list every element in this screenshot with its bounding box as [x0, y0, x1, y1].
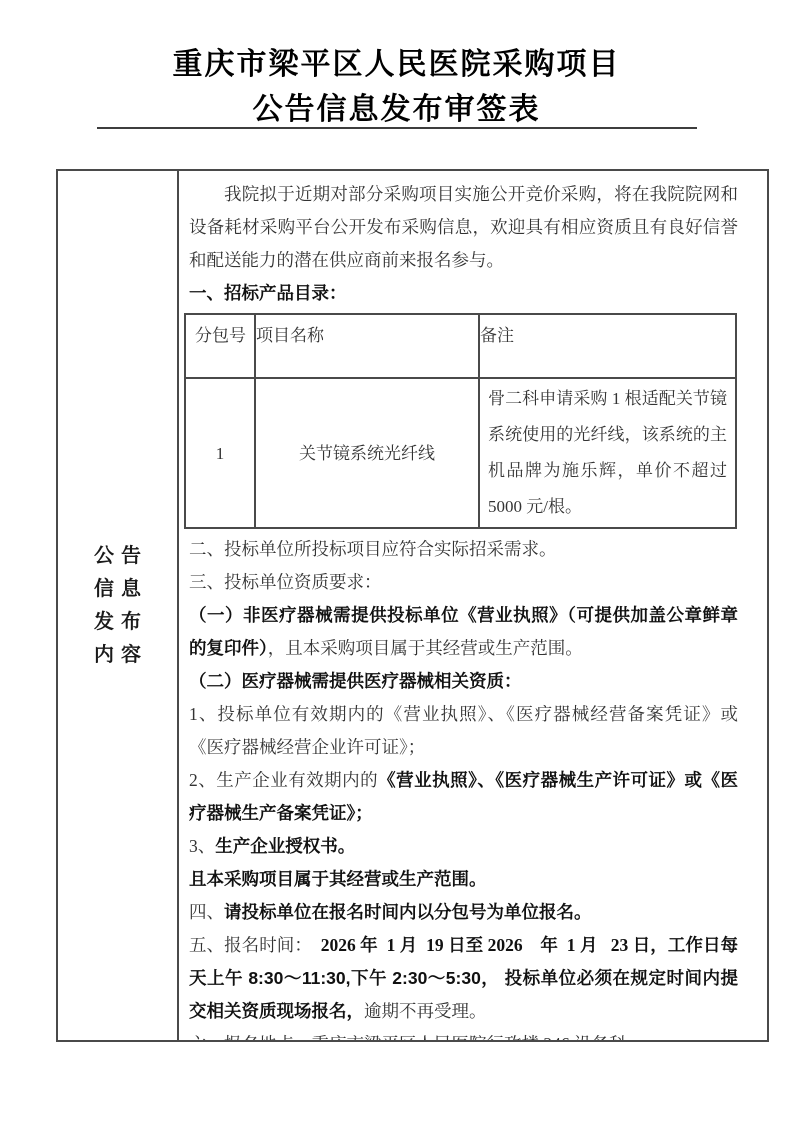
sec5-rest: 逾期不再受理。	[364, 1001, 487, 1021]
row-header-label: 公告 信息 发布 内容	[94, 540, 141, 672]
catalog-header-package-no: 分包号	[185, 314, 255, 378]
document-title: 重庆市梁平区人民医院采购项目 公告信息发布审签表	[0, 42, 793, 132]
section-4: 四、请投标单位在报名时间内以分包号为单位报名。	[189, 896, 738, 929]
catalog-cell-item-name: 关节镜系统光纤线	[255, 378, 479, 528]
req3-prefix: 3、	[189, 836, 215, 856]
announcement-content-cell: 我院拟于近期对部分采购项目实施公开竞价采购，将在我院院网和设备耗材采购平台公开发…	[179, 171, 767, 1040]
sec5-prefix: 五、报名时间：	[189, 935, 312, 955]
catalog-header-remark: 备注	[479, 314, 736, 378]
qualification-item-2: （二）医疗器械需提供医疗器械相关资质：	[189, 665, 738, 698]
row-label-line: 公告	[94, 540, 148, 573]
qualification-item-1: （一）非医疗器械需提供投标单位《营业执照》（可提供加盖公章鲜章的复印件），且本采…	[189, 599, 738, 665]
section-3: 三、投标单位资质要求：	[189, 566, 738, 599]
product-catalog-table: 分包号 项目名称 备注 1 关节镜系统光纤线 骨二科申请采购 1 根适配关节镜系…	[184, 313, 737, 529]
requirement-3: 3、生产企业授权书。	[189, 830, 738, 863]
document-title-line2: 公告信息发布审签表	[0, 87, 793, 132]
sec4-prefix: 四、	[189, 902, 224, 922]
sec5-dates: 2026 年 1 月 19 日至 2026 年 1 月 23 日，	[312, 935, 668, 955]
requirement-2: 2、生产企业有效期内的《营业执照》、《医疗器械生产许可证》或《医疗器械生产备案凭…	[189, 764, 738, 830]
row-label-line: 内容	[94, 639, 148, 672]
section-2: 二、投标单位所投标项目应符合实际招采需求。	[189, 533, 738, 566]
scope-note: 且本采购项目属于其经营或生产范围。	[189, 863, 738, 896]
item2-bold-text: （二）医疗器械需提供医疗器械相关资质：	[189, 671, 522, 691]
requirement-1: 1、投标单位有效期内的《营业执照》、《医疗器械经营备案凭证》或《医疗器械经营企业…	[189, 698, 738, 764]
approval-form-table: 公告 信息 发布 内容 我院拟于近期对部分采购项目实施公开竞价采购，将在我院院网…	[56, 169, 769, 1042]
catalog-cell-package-no: 1	[185, 378, 255, 528]
section-6: 六、报名地点：重庆市梁平区人民医院行政楼 246 设备科	[189, 1028, 738, 1040]
intro-paragraph: 我院拟于近期对部分采购项目实施公开竞价采购，将在我院院网和设备耗材采购平台公开发…	[189, 178, 738, 277]
title-divider-rule	[97, 127, 697, 129]
sec4-bold-text: 请投标单位在报名时间内以分包号为单位报名。	[224, 902, 592, 922]
req3-period: 。	[338, 836, 356, 856]
document-page: 重庆市梁平区人民医院采购项目 公告信息发布审签表 公告 信息 发布 内容 我院拟…	[0, 0, 793, 1122]
catalog-heading: 一、招标产品目录：	[189, 277, 738, 310]
document-title-line1: 重庆市梁平区人民医院采购项目	[0, 42, 793, 87]
item1-rest-text: ，且本采购项目属于其经营或生产范围。	[268, 638, 583, 658]
item1-prefix: （一）	[189, 605, 243, 625]
row-label-line: 信息	[94, 573, 148, 606]
catalog-header-row: 分包号 项目名称 备注	[185, 314, 736, 378]
scope-bold-text: 且本采购项目属于其经营或生产范围。	[189, 869, 487, 889]
section-5: 五、报名时间： 2026 年 1 月 19 日至 2026 年 1 月 23 日…	[189, 929, 738, 1028]
catalog-header-item-name: 项目名称	[255, 314, 479, 378]
catalog-cell-remark: 骨二科申请采购 1 根适配关节镜系统使用的光纤线，该系统的主机品牌为施乐辉，单价…	[479, 378, 736, 528]
row-label-line: 发布	[94, 606, 148, 639]
req3-bold-text: 生产企业授权书	[215, 836, 338, 856]
req2-prefix: 2、生产企业有效期内的	[189, 770, 378, 790]
catalog-data-row: 1 关节镜系统光纤线 骨二科申请采购 1 根适配关节镜系统使用的光纤线，该系统的…	[185, 378, 736, 528]
row-header-cell: 公告 信息 发布 内容	[58, 171, 179, 1040]
